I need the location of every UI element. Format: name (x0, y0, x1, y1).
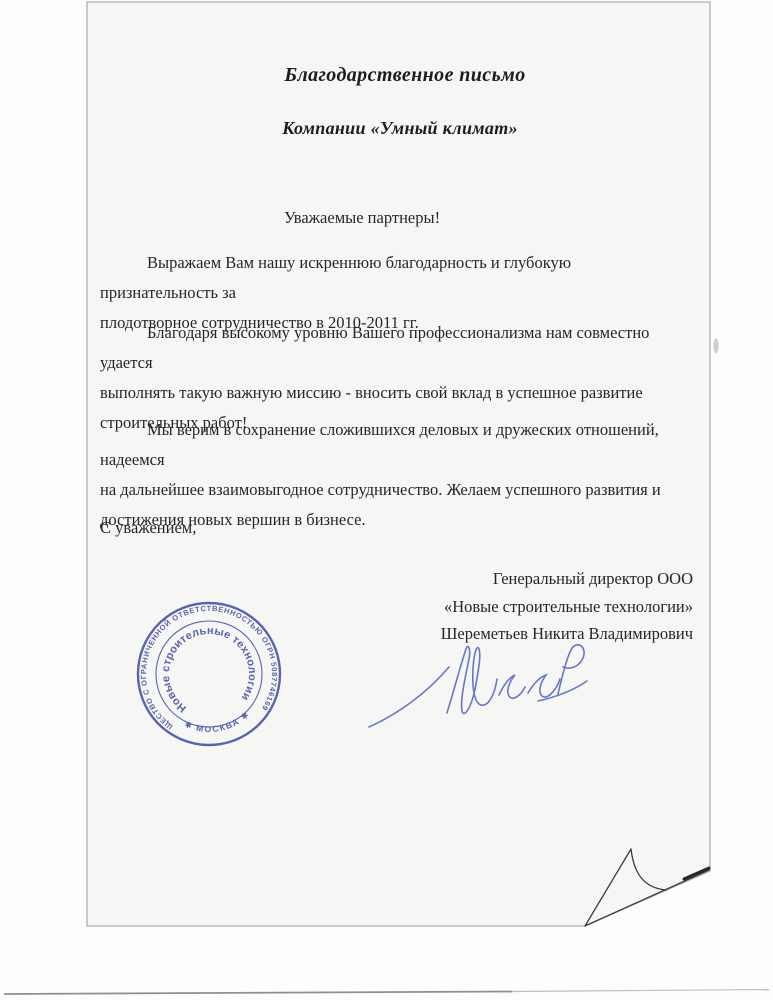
signatory-company: «Новые строительные технологии» (373, 593, 693, 621)
scan-line (4, 990, 769, 995)
signature-block: Генеральный директор ООО «Новые строител… (373, 565, 693, 648)
letter-body: Благодарственное письмо Компании «Умный … (87, 2, 710, 927)
letter-subtitle: Компании «Умный климат» (100, 118, 690, 139)
letter-title: Благодарственное письмо (100, 64, 690, 87)
signatory-position: Генеральный директор ООО (373, 565, 693, 593)
scanned-letter-canvas: ОБЩЕСТВО С ОГРАНИЧЕННОЙ ОТВЕТСТВЕННОСТЬЮ… (0, 0, 773, 1000)
smudge-artifact (713, 339, 718, 354)
letter-signoff: С уважением, (100, 513, 196, 543)
signatory-name: Шереметьев Никита Владимирович (373, 620, 693, 648)
letter-greeting: Уважаемые партнеры! (100, 208, 690, 228)
